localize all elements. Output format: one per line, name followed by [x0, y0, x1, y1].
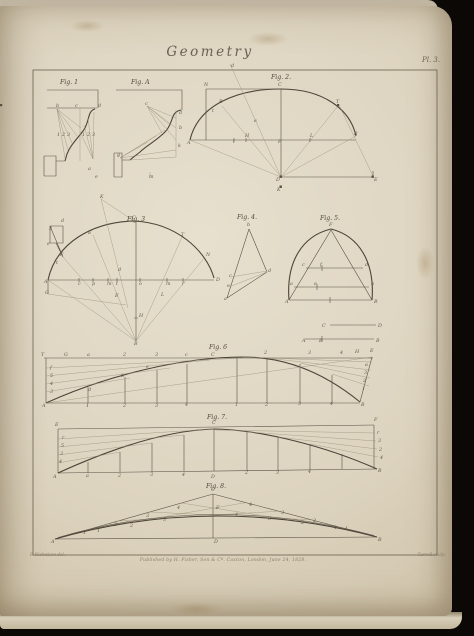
engraver-credit: Turrell sculp. — [398, 552, 446, 557]
plate-number: Pl. 3. — [422, 56, 440, 64]
publication-imprint: Published by H. Fisher, Son & Cº. Caxton… — [118, 558, 328, 563]
foxing-spot — [416, 246, 434, 280]
foxing-spot — [70, 20, 104, 32]
book-page — [0, 6, 452, 616]
scanned-book-page: Geometry Pl. 3. Fig. 1bcd123123ae Fig. A… — [0, 0, 474, 636]
delineator-credit: P. Nicholson del. — [30, 552, 65, 557]
plate-title: Geometry — [110, 44, 310, 60]
foxing-spot — [170, 602, 222, 616]
